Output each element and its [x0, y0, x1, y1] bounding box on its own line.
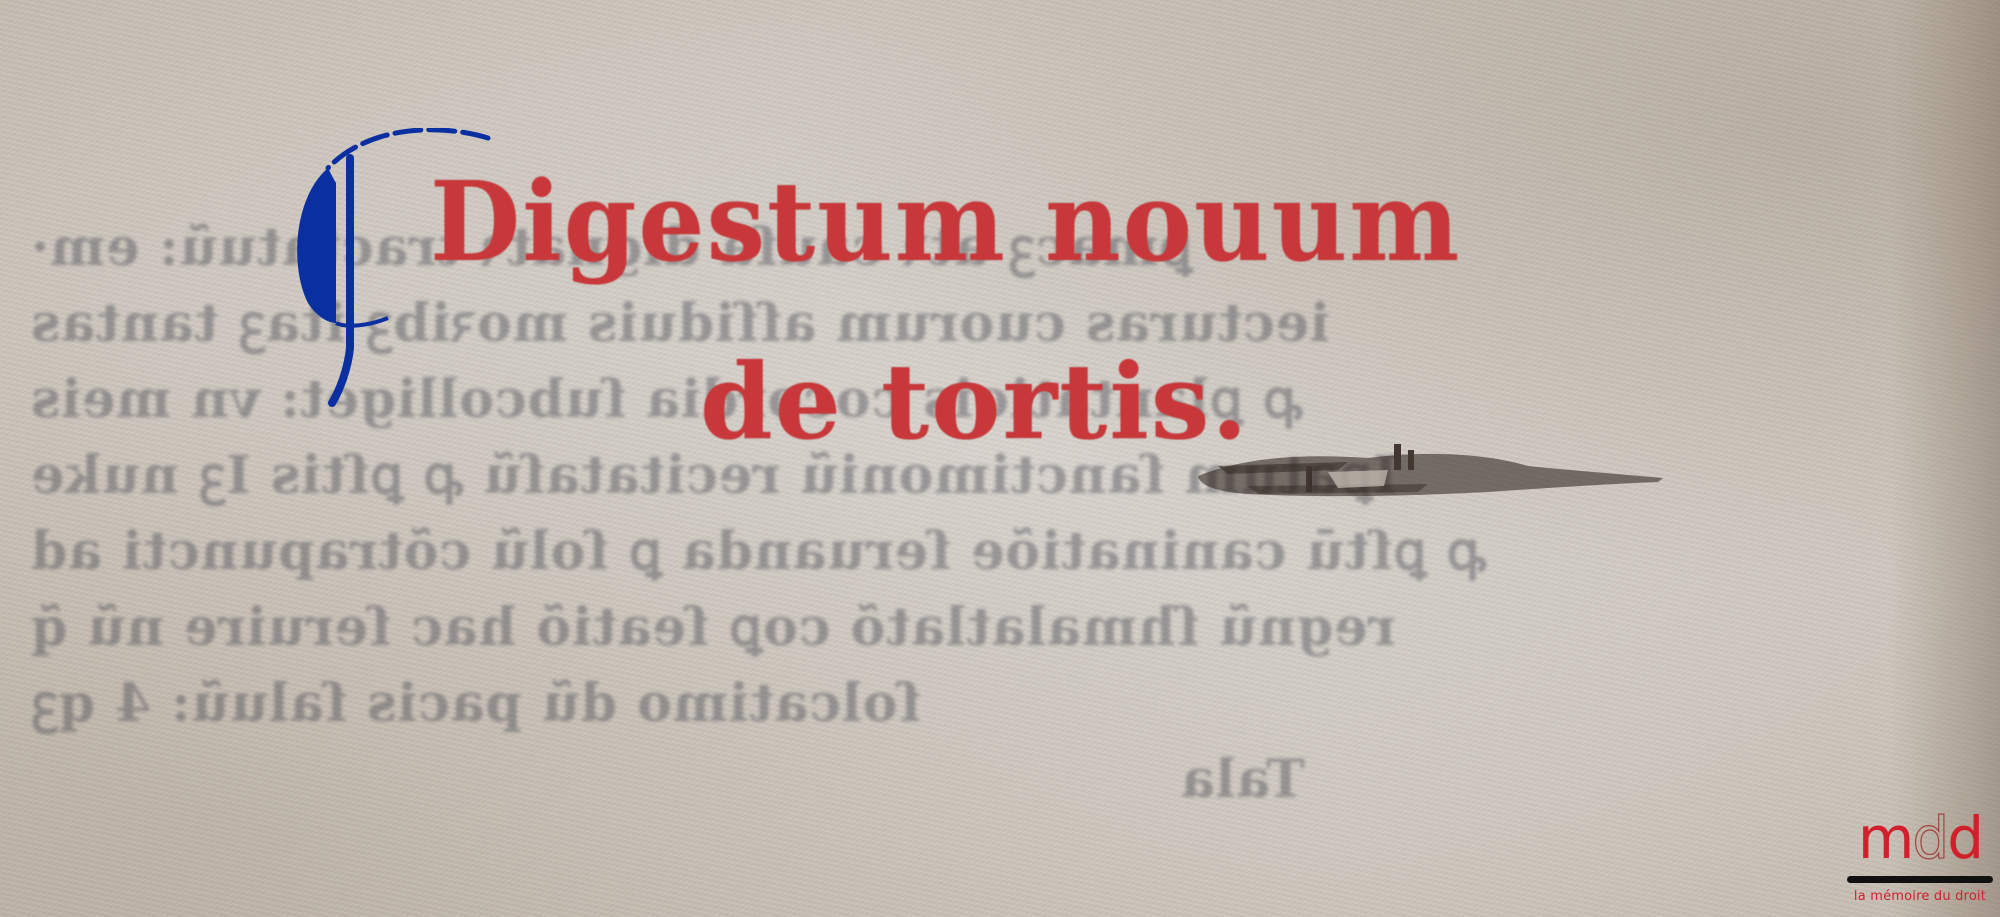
- logo-letter-d-outline: d: [1912, 804, 1947, 872]
- rubric-title-line-1: Digestum nouum: [430, 157, 1461, 286]
- logo-tagline: la mémoire du droit: [1840, 889, 2000, 904]
- bleed-line: ſolcatimo dũ pacis ſaluũ: 4 qꝫ: [30, 666, 1890, 742]
- logo-letter-m: m: [1858, 804, 1913, 872]
- bleed-line: regnũ ſhmalatlatõ coꝑ ſeatiõ hac ſeruire…: [30, 590, 1890, 666]
- page-edge-shadow: [1890, 0, 2000, 917]
- rubric-title-line-2: de tortis.: [700, 340, 1250, 463]
- logo-divider: [1847, 876, 1993, 883]
- ink-smudge: [1188, 436, 1668, 506]
- bleed-line: Tala: [30, 742, 1890, 818]
- bleed-line: ꝓ ꝑſtū caninatiõe ſeruanda ꝑ ſolũ cõtrap…: [30, 514, 1890, 590]
- logo-mark: mdd: [1858, 808, 1982, 868]
- logo-letter-d: d: [1947, 804, 1982, 872]
- mdd-logo: mdd la mémoire du droit: [1840, 808, 2000, 917]
